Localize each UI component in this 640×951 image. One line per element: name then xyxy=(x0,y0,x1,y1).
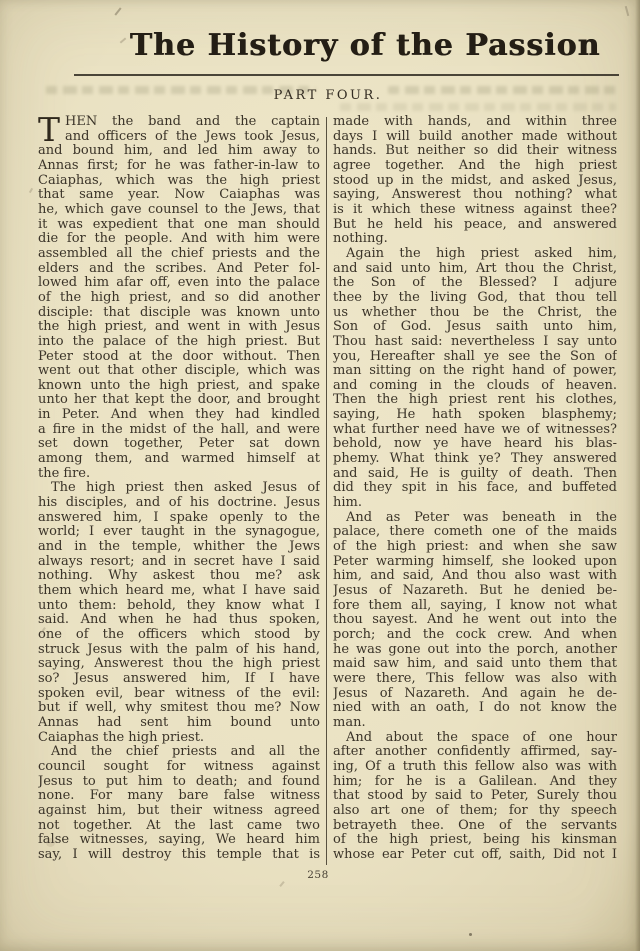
dropcap-initial: T xyxy=(38,115,62,144)
text-line: one of the officers which stood by xyxy=(38,628,320,643)
text-line: nied with an oath, I do not know the xyxy=(333,701,617,716)
text-line: against him, but their witness agreed xyxy=(38,804,320,819)
text-line: die for the people. And with him were xyxy=(38,232,320,247)
text-line: that stood by said to Peter, Surely thou xyxy=(333,789,617,804)
book-page: The History of the Passion PART FOUR. T … xyxy=(0,0,640,951)
text-line: Jesus of Nazareth. And again he de- xyxy=(333,687,617,702)
text-line: false witnesses, saying, We heard him xyxy=(38,833,320,848)
text-line: and in the temple, whither the Jews xyxy=(38,540,320,555)
text-line: man sitting on the right hand of power, xyxy=(333,364,617,379)
text-line: also art one of them; for thy speech xyxy=(333,804,617,819)
text-line: saying, Answerest thou the high priest xyxy=(38,657,320,672)
text-line: him, and said, And thou also wast with xyxy=(333,569,617,584)
text-line: and coming in the clouds of heaven. xyxy=(333,379,617,394)
text-line: assembled all the chief priests and the xyxy=(38,247,320,262)
text-line: And the chief priests and all the xyxy=(38,745,320,760)
page-title: The History of the Passion xyxy=(90,28,640,64)
text-line: of the high priest, and so did another xyxy=(38,291,320,306)
text-line: of the high priest: and when she saw xyxy=(333,540,617,555)
text-line: Caiaphas, which was the high priest xyxy=(38,174,320,189)
text-line: his disciples, and of his doctrine. Jesu… xyxy=(38,496,320,511)
left-column: T HEN the band and the captainand office… xyxy=(38,115,320,865)
text-line: saying, He hath spoken blasphemy; xyxy=(333,408,617,423)
text-line: spoken evil, bear witness of the evil: xyxy=(38,687,320,702)
text-line: struck Jesus with the palm of his hand, xyxy=(38,643,320,658)
text-columns: T HEN the band and the captainand office… xyxy=(38,115,617,865)
text-line: and said, He is guilty of death. Then xyxy=(333,467,617,482)
text-line: a fire in the midst of the hall, and wer… xyxy=(38,423,320,438)
text-line: that same year. Now Caiaphas was xyxy=(38,188,320,203)
text-line: Jesus to put him to death; and found xyxy=(38,775,320,790)
text-line: days I will build another made without xyxy=(333,130,617,145)
text-line: always resort; and in secret have I said xyxy=(38,555,320,570)
text-line: Peter warming himself, she looked upon xyxy=(333,555,617,570)
text-line: man. xyxy=(333,716,617,731)
text-line: did they spit in his face, and buffeted xyxy=(333,481,617,496)
right-column: made with hands, and within threedays I … xyxy=(333,115,617,865)
text-line: palace, there cometh one of the maids xyxy=(333,525,617,540)
text-line: Then the high priest rent his clothes, xyxy=(333,393,617,408)
text-line: he was gone out into the porch, another xyxy=(333,643,617,658)
paper-stain xyxy=(46,838,55,847)
text-line: And about the space of one hour xyxy=(333,731,617,746)
pencil-mark xyxy=(29,188,33,193)
text-line: you, Hereafter shall ye see the Son of xyxy=(333,350,617,365)
text-line: Caiaphas the high priest. xyxy=(38,731,320,746)
text-line: agree together. And the high priest xyxy=(333,159,617,174)
column-divider xyxy=(326,117,327,865)
page-number: 258 xyxy=(38,869,598,881)
text-line: Annas first; for he was father-in-law to xyxy=(38,159,320,174)
text-line: but if well, why smitest thou me? Now xyxy=(38,701,320,716)
text-line: in Peter. And when they had kindled xyxy=(38,408,320,423)
text-line: HEN the band and the captain xyxy=(65,115,320,130)
text-line: of the high priest, being his kinsman xyxy=(333,833,617,848)
text-line: thou sayest. And he went out into the xyxy=(333,613,617,628)
part-heading: PART FOUR. xyxy=(38,88,618,103)
text-line: set down together, Peter sat down xyxy=(38,437,320,452)
text-line: were there, This fellow was also with xyxy=(333,672,617,687)
text-line: among them, and warmed himself at xyxy=(38,452,320,467)
text-line: And as Peter was beneath in the xyxy=(333,511,617,526)
text-line: Peter stood at the door without. Then xyxy=(38,350,320,365)
text-line: so? Jesus answered him, If I have xyxy=(38,672,320,687)
text-line: answered him, I spake openly to the xyxy=(38,511,320,526)
text-line: him. xyxy=(333,496,617,511)
pencil-mark xyxy=(625,6,630,16)
text-line: But he held his peace, and answered xyxy=(333,218,617,233)
page-edge-shadow xyxy=(635,0,640,951)
text-line: made with hands, and within three xyxy=(333,115,617,130)
text-line: the Son of the Blessed? I adjure xyxy=(333,276,617,291)
text-line: porch; and the cock crew. And when xyxy=(333,628,617,643)
text-line: council sought for witness against xyxy=(38,760,320,775)
title-rule xyxy=(74,74,619,76)
text-line: Annas had sent him bound unto xyxy=(38,716,320,731)
text-line: known unto the high priest, and spake xyxy=(38,379,320,394)
text-line: not together. At the last came two xyxy=(38,819,320,834)
text-line: phemy. What think ye? They answered xyxy=(333,452,617,467)
text-line: him; for he is a Galilean. And they xyxy=(333,775,617,790)
text-line: and officers of the Jews took Jesus, xyxy=(65,130,320,145)
text-line: behold, now ye have heard his blas- xyxy=(333,437,617,452)
text-line: fore them all, saying, I know not what xyxy=(333,599,617,614)
text-line: unto her that kept the door, and brought xyxy=(38,393,320,408)
text-line: it was expedient that one man should xyxy=(38,218,320,233)
text-line: world; I ever taught in the synagogue, xyxy=(38,525,320,540)
text-line: said. And when he had thus spoken, xyxy=(38,613,320,628)
text-line: say, I will destroy this temple that is xyxy=(38,848,320,863)
text-line: us whether thou be the Christ, the xyxy=(333,306,617,321)
text-line: hands. But neither so did their witness xyxy=(333,144,617,159)
text-line: after another confidently affirmed, say- xyxy=(333,745,617,760)
text-line: into the palace of the high priest. But xyxy=(38,335,320,350)
text-line: he, which gave counsel to the Jews, that xyxy=(38,203,320,218)
text-line: Thou hast said: nevertheless I say unto xyxy=(333,335,617,350)
pencil-mark xyxy=(279,881,284,887)
bleed-through-text xyxy=(340,103,616,111)
text-line: what further need have we of witnesses? xyxy=(333,423,617,438)
text-line: whose ear Peter cut off, saith, Did not … xyxy=(333,848,617,863)
text-line: ing, Of a truth this fellow also was wit… xyxy=(333,760,617,775)
text-line: stood up in the midst, and asked Jesus, xyxy=(333,174,617,189)
text-line: saying, Answerest thou nothing? what xyxy=(333,188,617,203)
text-line: went out that other disciple, which was xyxy=(38,364,320,379)
text-line: betrayeth thee. One of the servants xyxy=(333,819,617,834)
text-line: maid saw him, and said unto them that xyxy=(333,657,617,672)
text-line: and said unto him, Art thou the Christ, xyxy=(333,262,617,277)
text-line: and bound him, and led him away to xyxy=(38,144,320,159)
text-line: them which heard me, what I have said xyxy=(38,584,320,599)
text-line: lowed him afar off, even into the palace xyxy=(38,276,320,291)
pencil-mark xyxy=(114,7,121,15)
text-line: none. For many bare false witness xyxy=(38,789,320,804)
text-line: the fire. xyxy=(38,467,320,482)
text-line: nothing. Why askest thou me? ask xyxy=(38,569,320,584)
text-line: is it which these witness against thee? xyxy=(333,203,617,218)
ink-speck xyxy=(469,933,472,936)
text-line: the high priest, and went in with Jesus xyxy=(38,320,320,335)
text-line: elders and the scribes. And Peter fol- xyxy=(38,262,320,277)
text-line: Jesus of Nazareth. But he denied be- xyxy=(333,584,617,599)
text-line: nothing. xyxy=(333,232,617,247)
text-line: thee by the living God, that thou tell xyxy=(333,291,617,306)
text-line: unto them: behold, they know what I xyxy=(38,599,320,614)
text-line: disciple: that disciple was known unto xyxy=(38,306,320,321)
text-line: Again the high priest asked him, xyxy=(333,247,617,262)
text-line: Son of God. Jesus saith unto him, xyxy=(333,320,617,335)
text-line: The high priest then asked Jesus of xyxy=(38,481,320,496)
